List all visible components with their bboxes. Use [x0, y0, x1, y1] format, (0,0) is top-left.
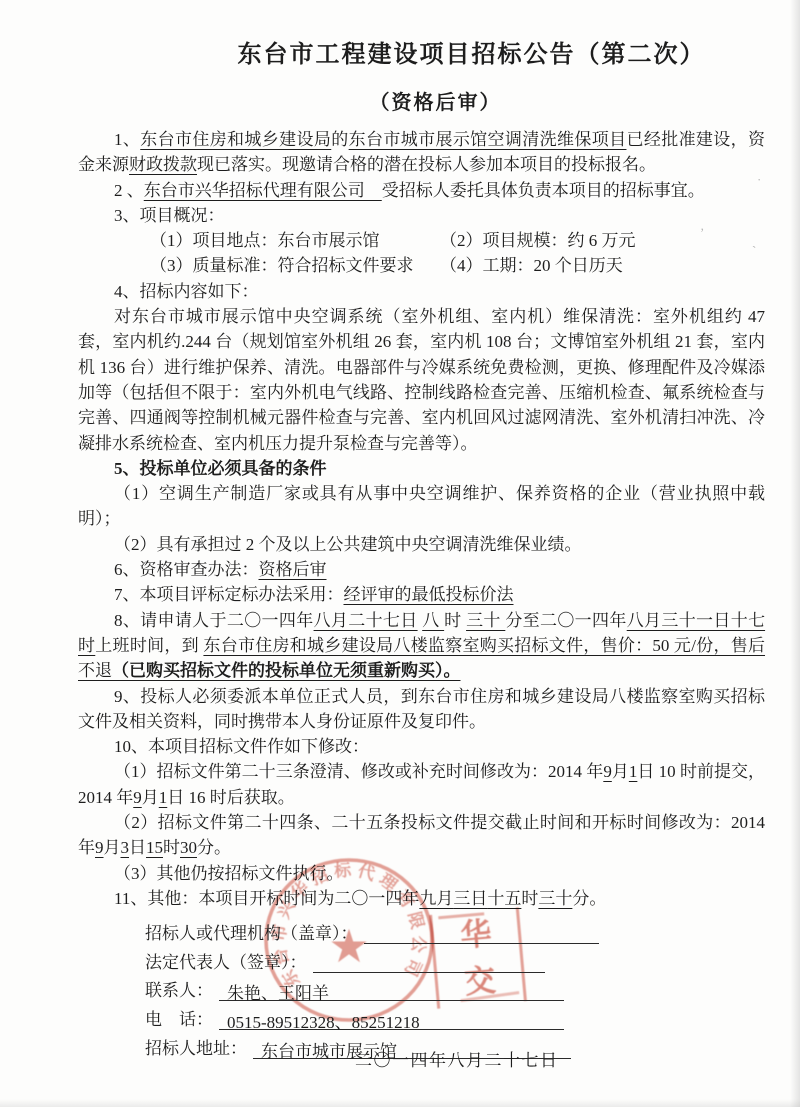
text-run: 时 — [521, 889, 538, 908]
text-run: 1 — [159, 788, 168, 807]
text-run: 资格后审 — [259, 560, 327, 579]
text-run: 三十 — [466, 611, 505, 630]
paragraph-15: 10、本项目招标文件作如下修改： — [78, 734, 765, 759]
paragraph-7: 对东台市城市展示馆中央空调系统（室外机组、室内机）维保清洗：室外机组约 47 套… — [78, 304, 765, 456]
page-title: 东台市工程建设项目招标公告（第二次） — [128, 34, 800, 69]
paragraph-col: （3）质量标准：符合招标文件要求 — [114, 253, 440, 278]
text-run: 9、投标人必须委派本单位正式人员，到东台市住房和城乡建设局八楼监察室购买招标文件… — [78, 687, 765, 731]
form-row: 法定代表人（签章）： — [145, 944, 599, 973]
body-paragraphs: 1、东台市住房和城乡建设局的东台市城市展示馆空调清洗维保项目已经批准建设，资金来… — [78, 127, 765, 911]
text-run: 经评审的最低投标价法 — [344, 585, 514, 604]
text-run: 十五 — [487, 889, 521, 908]
text-run: 东台市城市展示馆空调清洗维保项目 — [349, 130, 627, 149]
document-date: 二〇一四年八月二十七日 — [355, 1046, 559, 1071]
paragraph-1: 1、东台市住房和城乡建设局的东台市城市展示馆空调清洗维保项目已经批准建设，资金来… — [78, 127, 765, 178]
signature-form: 招标人或代理机构（盖章）：法定代表人（签章）：联系人：朱艳、王阳羊电 话：051… — [145, 915, 599, 1059]
text-run: 15 — [146, 838, 163, 857]
paragraph-2: 2 、东台市兴华招标代理有限公司 受招标人委托具体负责本项目的招标事宜。 — [78, 178, 765, 203]
text-run: 分。 — [572, 889, 606, 908]
paragraph-14: 9、投标人必须委派本单位正式人员，到东台市住房和城乡建设局八楼监察室购买招标文件… — [78, 684, 765, 735]
text-run: 1、 — [114, 130, 140, 149]
text-run: 上班时间，到 — [95, 636, 203, 655]
paragraph-18: （3）其他仍按招标文件执行。 — [78, 861, 765, 886]
text-run: 日 — [129, 838, 146, 857]
paragraph-10: （2）具有承担过 2 个及以上公共建筑中央空调清洗维保业绩。 — [78, 532, 765, 557]
text-run: 30 — [180, 838, 197, 857]
text-run: 5、投标单位必须具备的条件 — [114, 459, 327, 478]
form-label: 法定代表人（签章）： — [145, 948, 307, 973]
scanned-tender-notice-page: 东台市工程建设项目招标公告（第二次） （资格后审） 1、东台市住房和城乡建设局的… — [0, 0, 800, 1107]
text-run: 时 — [163, 838, 180, 857]
form-row: 招标人或代理机构（盖章）： — [145, 915, 599, 944]
document-content: 东台市工程建设项目招标公告（第二次） （资格后审） 1、东台市住房和城乡建设局的… — [78, 0, 765, 911]
text-run: 财政拨款 — [129, 155, 197, 174]
form-row: 联系人：朱艳、王阳羊 — [145, 973, 599, 1002]
text-run: 2 、 — [114, 181, 144, 200]
form-label: 联系人： — [145, 976, 213, 1001]
text-run: 八月二十七日 — [314, 611, 418, 630]
paragraph-8: 5、投标单位必须具备的条件 — [78, 456, 765, 481]
form-label: 电 话： — [145, 1005, 213, 1030]
text-run: 9 — [603, 762, 612, 781]
text-run: 月 — [142, 788, 159, 807]
text-run: （1）空调生产制造厂家或具有从事中央空调维护、保养资格的企业（营业执照中载明）； — [78, 484, 765, 528]
text-run: 东台市住房和城乡建设局 — [140, 130, 331, 149]
text-run: 3、项目概况： — [114, 206, 225, 225]
form-fill-line: 朱艳、王阳羊 — [219, 979, 564, 1001]
text-run: 东台市兴华招标代理有限公司 — [144, 181, 382, 200]
paragraph-col: （1）项目地点：东台市展示馆 — [114, 228, 440, 253]
text-run: 9 — [133, 788, 142, 807]
text-run: 11、其他：本项目开标时间为二〇一四年 — [114, 889, 419, 908]
text-run: 现已落实。现邀请合格的潜在投标人参加本项目的投标报名。 — [197, 155, 656, 174]
text-run: 10、本项目招标文件作如下修改： — [114, 737, 369, 756]
text-run: 八 — [422, 611, 444, 630]
form-label: 招标人地址： — [145, 1034, 247, 1059]
text-run: 7、本项目评标定标办法采用： — [114, 585, 344, 604]
text-run: 分至二〇一四年 — [505, 611, 626, 630]
text-run: 8、请申请人于二〇一四年 — [114, 611, 314, 630]
page-subtitle: （资格后审） — [92, 86, 779, 115]
text-run: 的 — [331, 130, 348, 149]
text-run: 时 — [444, 611, 466, 630]
paragraph-19: 11、其他：本项目开标时间为二〇一四年九月三日十五时三十分。 — [78, 886, 765, 911]
text-run: （3）其他仍按招标文件执行。 — [114, 864, 344, 883]
paragraph-16: （1）招标文件第二十三条澄清、修改或补充时间修改为：2014 年9月1日 10 … — [78, 759, 765, 810]
text-run: （已购买招标文件的投标单位无须重新购买）。 — [112, 661, 461, 680]
paragraph-col: （2）项目规模：约 6 万元 — [440, 231, 636, 250]
text-run: 6、资格审查办法： — [114, 560, 259, 579]
form-fill-line: 0515-89512328、85251218 — [219, 1008, 564, 1030]
paragraph-9: （1）空调生产制造厂家或具有从事中央空调维护、保养资格的企业（营业执照中载明）； — [78, 481, 765, 532]
paragraph-5: （3）质量标准：符合招标文件要求（4）工期：20 个日历天 — [78, 253, 765, 278]
text-run: 三日 — [453, 889, 487, 908]
text-run: 4、招标内容如下： — [114, 282, 259, 301]
paragraph-4: （1）项目地点：东台市展示馆（2）项目规模：约 6 万元 — [78, 228, 765, 253]
text-run: 月 — [612, 762, 629, 781]
text-run: 九月 — [419, 889, 453, 908]
text-run: 对东台市城市展示馆中央空调系统（室外机组、室内机）维保清洗：室外机组约 47 套… — [78, 307, 765, 452]
paragraph-17: （2）招标文件第二十四条、二十五条投标文件提交截止时间和开标时间修改为：2014… — [78, 810, 765, 861]
text-run: （1）招标文件第二十三条澄清、修改或补充时间修改为：2014 年 — [114, 762, 603, 781]
form-row: 电 话：0515-89512328、85251218 — [145, 1001, 599, 1030]
paragraph-11: 6、资格审查办法：资格后审 — [78, 557, 765, 582]
paragraph-13: 8、请申请人于二〇一四年八月二十七日 八 时 三十 分至二〇一四年八月三十一日十… — [78, 608, 765, 684]
text-run: 9 — [95, 838, 104, 857]
text-run: 3 — [121, 838, 130, 857]
text-run: 日 16 时后获取。 — [167, 788, 295, 807]
form-label: 招标人或代理机构（盖章）： — [145, 919, 358, 944]
text-run: 分。 — [197, 838, 231, 857]
form-fill-line — [364, 922, 599, 944]
form-fill-line — [313, 951, 545, 973]
paragraph-12: 7、本项目评标定标办法采用：经评审的最低投标价法 — [78, 582, 765, 607]
text-run: 受招标人委托具体负责本项目的招标事宜。 — [382, 181, 705, 200]
text-run: 月 — [104, 838, 121, 857]
paragraph-col: （4）工期：20 个日历天 — [440, 256, 623, 275]
text-run: 三十 — [538, 889, 572, 908]
paragraph-3: 3、项目概况： — [78, 203, 765, 228]
text-run: （2）具有承担过 2 个及以上公共建筑中央空调清洗维保业绩。 — [114, 535, 582, 554]
paragraph-6: 4、招标内容如下： — [78, 279, 765, 304]
